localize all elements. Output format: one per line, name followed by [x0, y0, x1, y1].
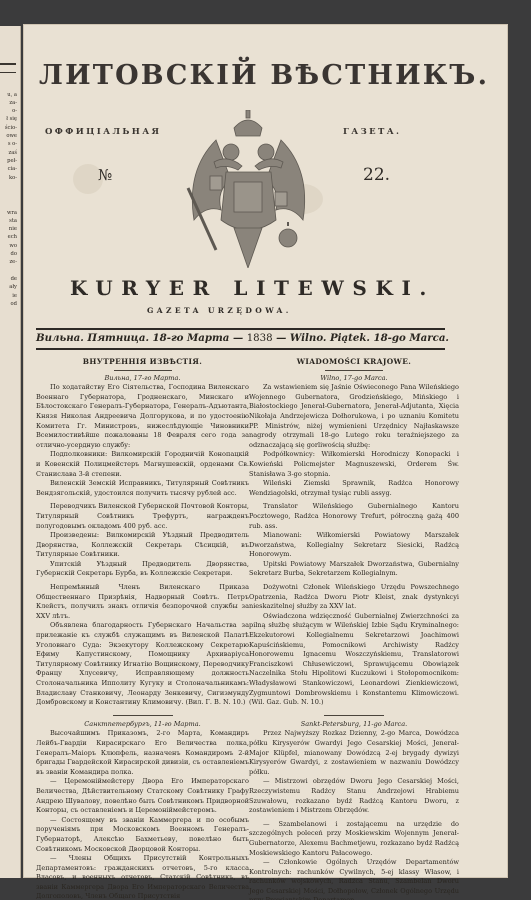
dateline-rule-bottom [36, 348, 445, 350]
article-paragraph: — Церемоніймейстеру Двора Его Императорс… [36, 777, 249, 815]
section-title: WIADOMOŚCI KRAJOWE. [249, 357, 459, 367]
article-paragraph: Виленскій Земскій Исправникъ, Титулярный… [36, 479, 249, 498]
masthead-title-russian: ЛИТОВСКІЙ ВѢСТНИКЪ. [39, 60, 469, 91]
previous-page-fragment: u, aza-o-ł sięścio-owes o-zaśpeł-cia-ko- [5, 74, 17, 198]
article-paragraph: Dożywotni Członek Wileńskiego Urzędu Pow… [249, 583, 459, 612]
article-paragraph: Непремѣнный Членъ Виленскаго Приказа Общ… [36, 583, 249, 621]
article-paragraph: Mianowani: Wiłkomierski Powiatowy Marsza… [249, 531, 459, 560]
masthead-title-polish: KURYER LITEWSKI. [70, 276, 435, 300]
section-divider [114, 370, 172, 371]
article-dateline: Wilno, 17-go Marca. [249, 374, 459, 384]
article-paragraph: — Członkowie Ogólnych Urzędów Departamen… [249, 858, 459, 900]
article-paragraph: — Mistrzowi obrzędów Dworu Jego Cesarski… [249, 777, 459, 815]
article-paragraph: Przez Najwyższy Rozkaz Dzienny, 2-go Mar… [249, 729, 459, 777]
dateline: Вильна. Пятница. 18-го Марта — 1838 — Wi… [36, 332, 445, 344]
previous-page-fragment: wrastanieechwodoze- deałyieod [7, 192, 17, 325]
article-paragraph: Za wstawieniem się Jaśnie Oświeconego Pa… [249, 383, 459, 450]
article-paragraph: — Szambelanowi i zostającemu na urzędzie… [249, 820, 459, 858]
article-divider [113, 715, 173, 716]
double-headed-eagle-icon [176, 110, 321, 268]
article-paragraph: Упитскій Уѣздный Предводитель Дворянства… [36, 560, 249, 579]
article-paragraph: Upitski Powiatowy Marszałek Dworzaństwa,… [249, 560, 459, 579]
article-paragraph: Translator Wileńskiego Gubernialnego Kan… [249, 502, 459, 531]
issue-number-label: № [98, 166, 112, 184]
article-paragraph: Высочайшимъ Приказомъ, 2-го Марта, Коман… [36, 729, 249, 777]
article-dateline: Санктпетербургъ, 11-го Марта. [36, 720, 249, 730]
article-paragraph: Oświadczona wdzięczność Gubernialnej Zwi… [249, 612, 459, 708]
masthead-subtitle-polish: GAZETA URZĘDOWA. [147, 306, 292, 315]
previous-page-rule [0, 63, 16, 65]
article-paragraph: Подполковники: Вилкомирскій Городничій К… [36, 450, 249, 479]
newspaper-page: ЛИТОВСКІЙ ВѢСТНИКЪ. ОФФИЦІАЛЬНАЯ ГАЗЕТА.… [23, 24, 508, 878]
article-dateline: Вильна, 17-го Марта. [36, 374, 249, 384]
article-paragraph: Podpółkownicy: Wiłkomierski Horodniczy K… [249, 450, 459, 479]
previous-page-strip: u, aza-o-ł sięścio-owes o-zaśpeł-cia-ko-… [0, 26, 21, 878]
masthead-subtitle-left: ОФФИЦІАЛЬНАЯ [45, 127, 161, 137]
article-paragraph: — Состоящему въ званіи Каммергера и по о… [36, 816, 249, 854]
masthead-subtitle-right: ГАЗЕТА. [343, 127, 401, 137]
article-dateline: Sankt-Petersburg, 11-go Marca. [249, 720, 459, 730]
section-divider [325, 370, 383, 371]
article-paragraph: Переводчикъ Виленской Губернской Почтово… [36, 502, 249, 531]
article-paragraph: По ходатайству Его Сіятельства, Господин… [36, 383, 249, 450]
column-polish: WIADOMOŚCI KRAJOWE. Wilno, 17-go Marca. … [249, 357, 459, 900]
article-paragraph: — Члены Общихъ Присутствій Контрольныхъ … [36, 854, 249, 900]
section-title: ВНУТРЕННІЯ ИЗВѢСТІЯ. [36, 357, 249, 367]
article-paragraph: Wileński Ziemski Sprawnik, Radźca Honoro… [249, 479, 459, 498]
article-paragraph: Объявлена благодарность Губернскаго Нача… [36, 621, 249, 707]
dateline-russian: Вильна. Пятница. 18-го Марта — [36, 332, 243, 344]
dateline-polish: — Wilno. Piątek. 18-go Marca. [276, 332, 449, 344]
column-russian: ВНУТРЕННІЯ ИЗВѢСТІЯ. Вильна, 17-го Марта… [36, 357, 249, 900]
dateline-year: 1838 [247, 333, 273, 344]
article-divider [324, 715, 384, 716]
issue-number: 22. [363, 165, 390, 185]
article-paragraph: Произведены: Вилкомирскій Уѣздный Предво… [36, 531, 249, 560]
dateline-rule-top [36, 328, 445, 330]
previous-page-rule [0, 72, 16, 73]
